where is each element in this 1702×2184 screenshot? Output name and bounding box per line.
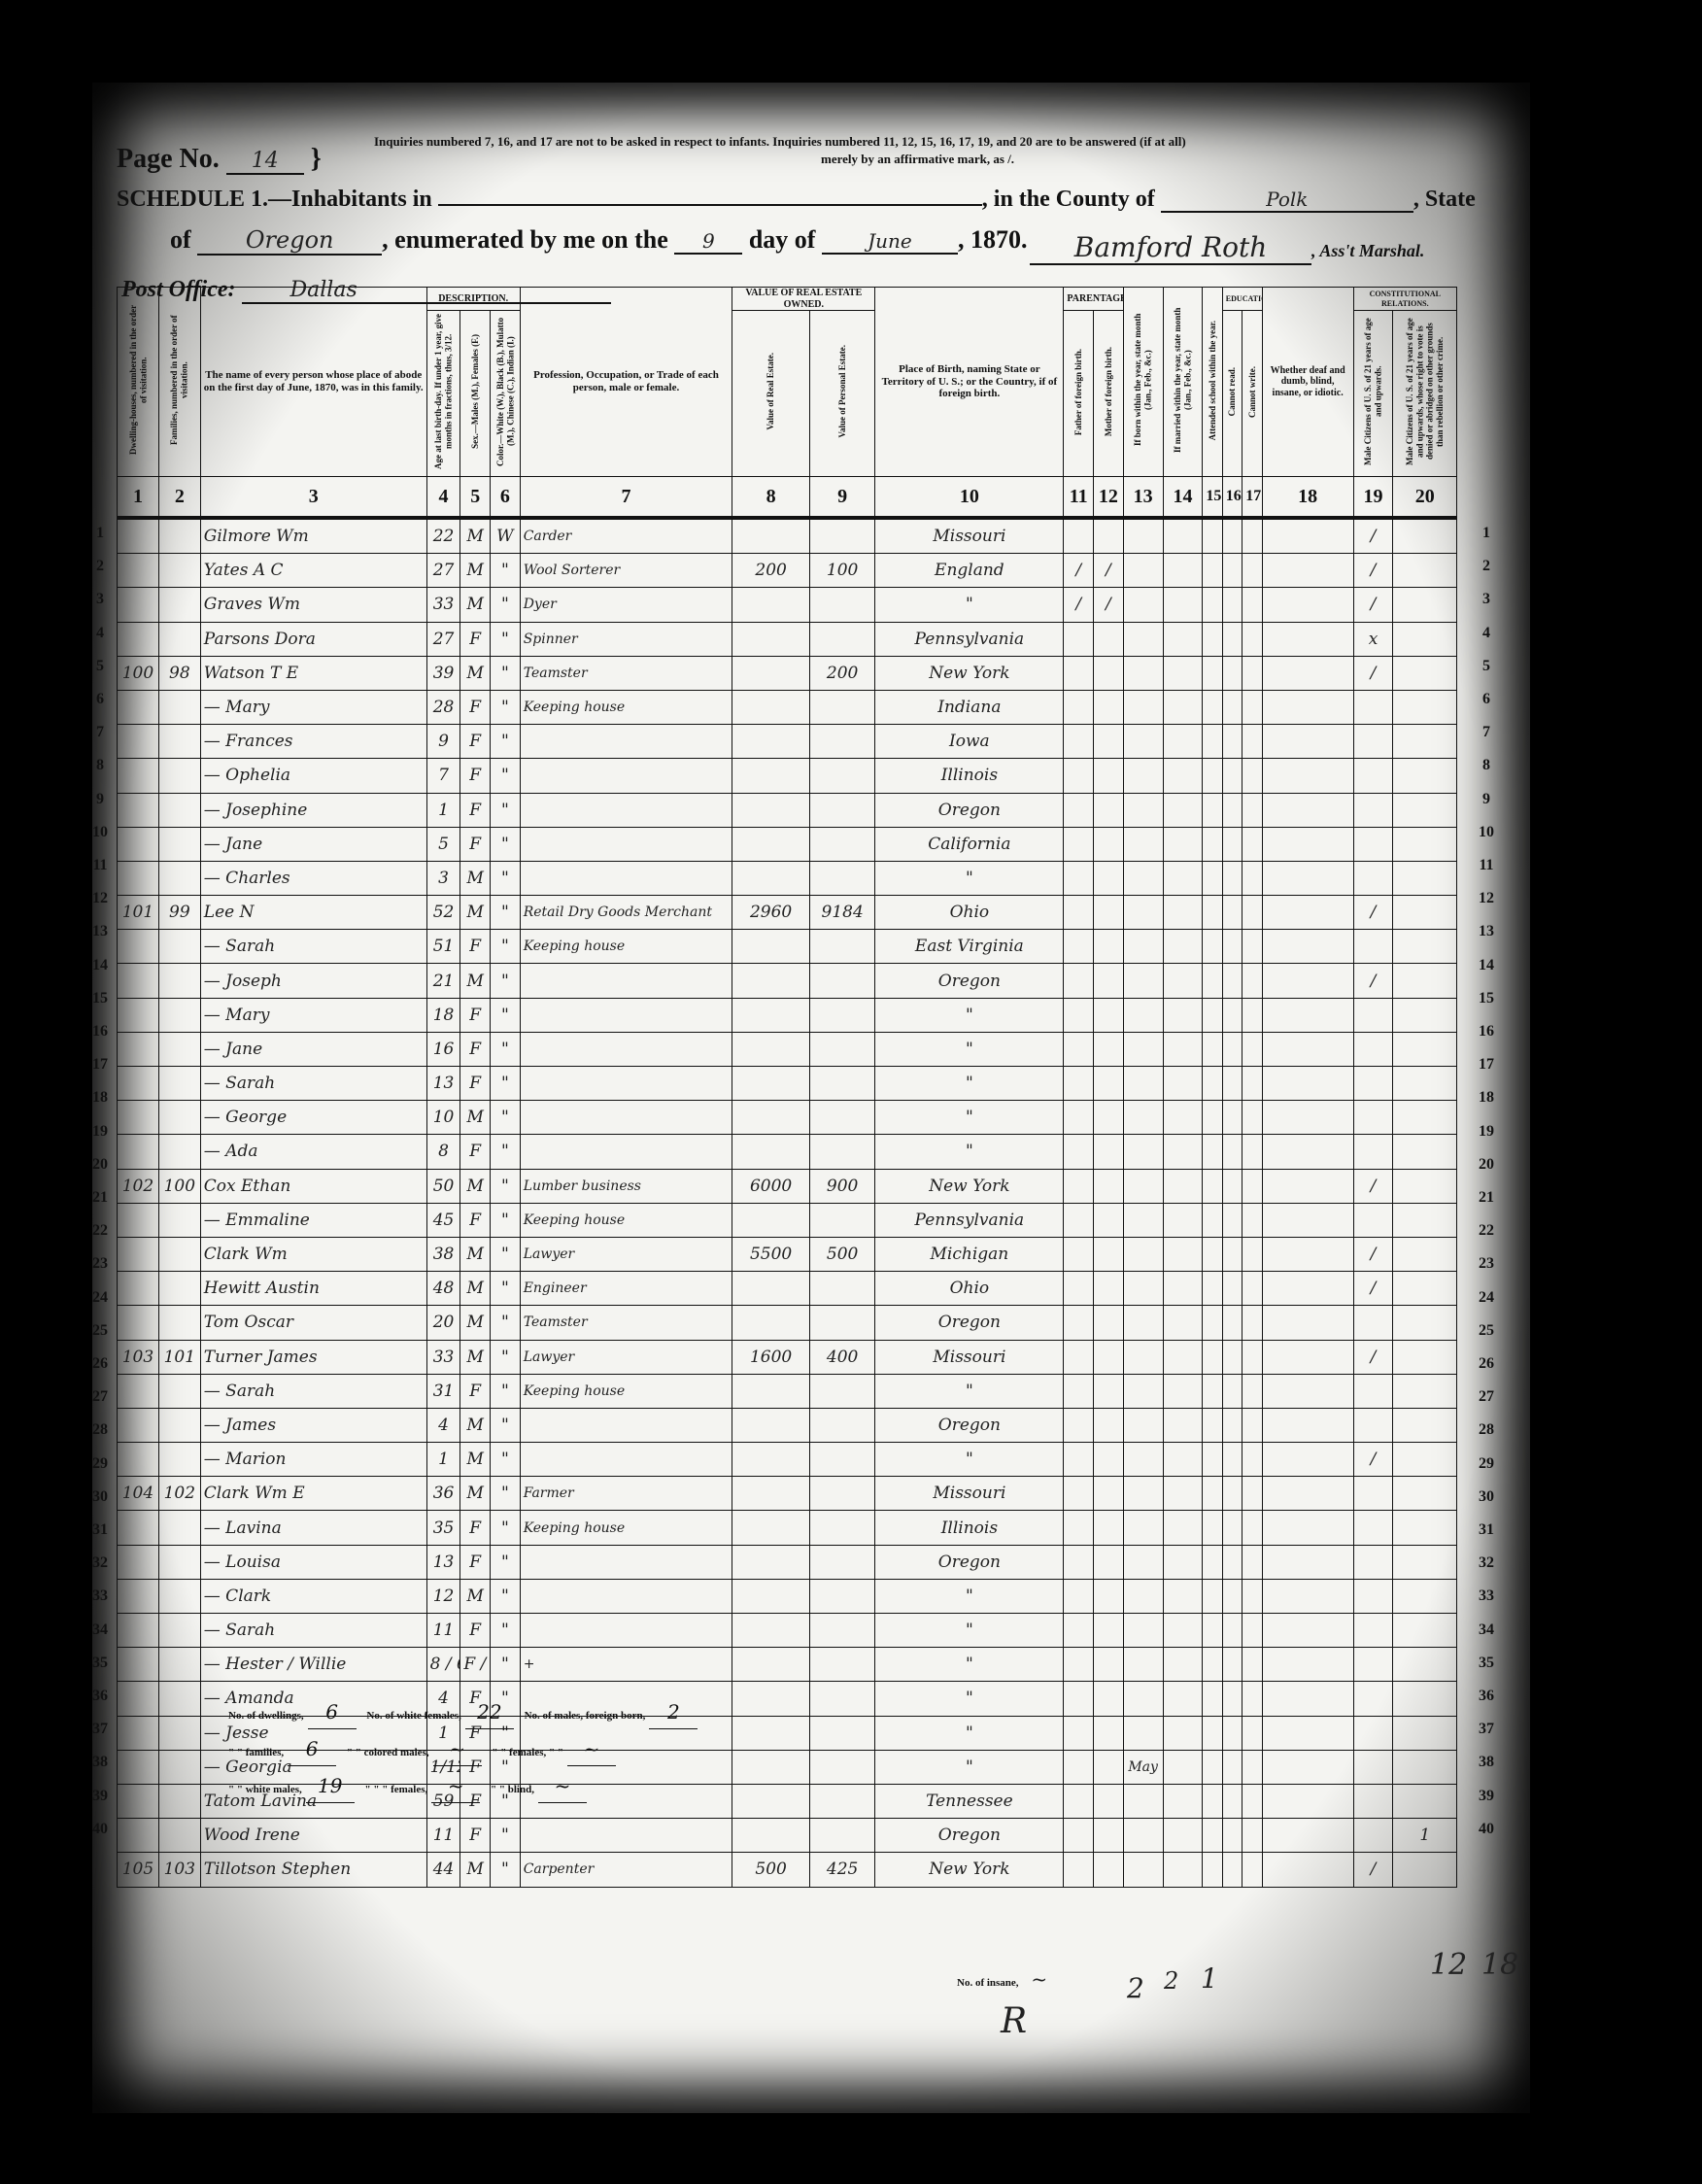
cannot-write-mark [1242, 1101, 1262, 1135]
citizen-mark [1353, 1067, 1393, 1101]
denied-mark [1393, 1408, 1457, 1442]
born-month [1123, 656, 1163, 690]
person-name: — Ada [200, 1135, 426, 1169]
person-sex: F [460, 690, 491, 724]
person-occupation [520, 1067, 732, 1101]
cannot-write-mark [1242, 1750, 1262, 1784]
dwelling-number [118, 622, 159, 656]
cannot-write-mark [1242, 930, 1262, 964]
line-number: 19 [85, 1123, 115, 1141]
line-number: 16 [1472, 1023, 1501, 1041]
white-males-count: 19 [306, 1769, 355, 1803]
line-number: 35 [85, 1655, 115, 1672]
birthplace: Missouri [875, 1340, 1064, 1374]
person-age: 45 [426, 1203, 460, 1237]
blind-label: " " blind, [491, 1784, 534, 1795]
family-number [158, 998, 200, 1032]
school-mark [1203, 1169, 1222, 1203]
citizen-mark [1353, 1203, 1393, 1237]
line-number: 40 [85, 1821, 115, 1838]
person-occupation [520, 1408, 732, 1442]
person-age: 27 [426, 622, 460, 656]
family-number [158, 1716, 200, 1750]
cannot-write-mark [1242, 1682, 1262, 1716]
denied-mark [1393, 1032, 1457, 1066]
col-number: 3 [200, 477, 426, 519]
real-estate-value [732, 1477, 810, 1511]
person-name: Tillotson Stephen [200, 1853, 426, 1887]
dwelling-number [118, 827, 159, 861]
cannot-write-mark [1242, 1784, 1262, 1818]
born-month: May [1123, 1750, 1163, 1784]
mother-foreign-mark [1094, 1067, 1124, 1101]
married-month [1163, 793, 1203, 827]
born-month [1123, 1203, 1163, 1237]
personal-estate-value [809, 518, 874, 554]
person-name: Clark Wm [200, 1237, 426, 1271]
birthplace: Tennessee [875, 1784, 1064, 1818]
born-month [1123, 1648, 1163, 1682]
born-month [1123, 1784, 1163, 1818]
disability [1262, 1614, 1353, 1648]
father-foreign-mark [1064, 1545, 1094, 1579]
mother-foreign-mark [1094, 1648, 1124, 1682]
disability [1262, 1306, 1353, 1340]
father-foreign-mark [1064, 1101, 1094, 1135]
person-sex: M [460, 518, 491, 554]
person-occupation [520, 998, 732, 1032]
personal-estate-value [809, 1408, 874, 1442]
col-born-month-header: If born within the year, state month (Ja… [1123, 288, 1163, 477]
person-color: " [491, 998, 521, 1032]
personal-estate-value: 500 [809, 1237, 874, 1271]
personal-estate-value [809, 827, 874, 861]
person-occupation [520, 793, 732, 827]
person-age: 50 [426, 1169, 460, 1203]
cannot-read-mark [1222, 1272, 1242, 1306]
dwelling-number: 103 [118, 1340, 159, 1374]
person-occupation: Farmer [520, 1477, 732, 1511]
person-age: 35 [426, 1511, 460, 1545]
person-name: — Sarah [200, 930, 426, 964]
real-estate-value [732, 1443, 810, 1477]
married-month [1163, 1374, 1203, 1408]
school-mark [1203, 554, 1222, 588]
married-month [1163, 518, 1203, 554]
birthplace: Missouri [875, 1477, 1064, 1511]
cannot-read-mark [1222, 1682, 1242, 1716]
table-row: — Mary 28 F " Keeping house Indiana [118, 690, 1457, 724]
real-estate-value [732, 861, 810, 895]
married-month [1163, 1716, 1203, 1750]
birthplace: England [875, 554, 1064, 588]
disability [1262, 1648, 1353, 1682]
dwelling-number [118, 1135, 159, 1169]
disability [1262, 1545, 1353, 1579]
table-row: — Hester / Willie 8 / 6 F / M " + " [118, 1648, 1457, 1682]
denied-mark [1393, 1067, 1457, 1101]
school-mark [1203, 896, 1222, 930]
birthplace: " [875, 1032, 1064, 1066]
real-estate-value [732, 1306, 810, 1340]
line-number: 6 [85, 691, 115, 708]
person-age: 51 [426, 930, 460, 964]
real-estate-value [732, 518, 810, 554]
cannot-write-mark [1242, 998, 1262, 1032]
line-number: 4 [85, 625, 115, 642]
person-color: " [491, 930, 521, 964]
col-sex-header: Sex.—Males (M.), Females (F.) [460, 311, 491, 477]
mother-foreign-mark [1094, 1545, 1124, 1579]
birthplace: " [875, 588, 1064, 622]
line-number: 23 [85, 1255, 115, 1273]
father-foreign-mark [1064, 690, 1094, 724]
person-color: " [491, 1579, 521, 1613]
cannot-write-mark [1242, 1716, 1262, 1750]
table-row: 100 98 Watson T E 39 M " Teamster 200 Ne… [118, 656, 1457, 690]
family-number [158, 1272, 200, 1306]
citizen-mark: / [1353, 588, 1393, 622]
married-month [1163, 1614, 1203, 1648]
school-mark [1203, 1579, 1222, 1613]
dwellings-count: 6 [308, 1695, 357, 1729]
person-occupation: Keeping house [520, 930, 732, 964]
denied-mark [1393, 1101, 1457, 1135]
father-foreign-mark [1064, 656, 1094, 690]
col-number: 7 [520, 477, 732, 519]
denied-mark [1393, 1306, 1457, 1340]
married-month [1163, 930, 1203, 964]
real-estate-value [732, 930, 810, 964]
personal-estate-value [809, 1579, 874, 1613]
father-foreign-mark [1064, 1237, 1094, 1271]
table-row: — Josephine 1 F " Oregon [118, 793, 1457, 827]
person-sex: M [460, 1477, 491, 1511]
person-color: " [491, 622, 521, 656]
denied-mark [1393, 861, 1457, 895]
mother-foreign-mark [1094, 896, 1124, 930]
birthplace: " [875, 1101, 1064, 1135]
cannot-write-mark [1242, 656, 1262, 690]
birthplace: " [875, 998, 1064, 1032]
school-mark [1203, 690, 1222, 724]
school-mark [1203, 1545, 1222, 1579]
born-month [1123, 1579, 1163, 1613]
col-school-header: Attended school within the year. [1203, 288, 1222, 477]
cannot-read-mark [1222, 1716, 1242, 1750]
table-row: Hewitt Austin 48 M " Engineer Ohio / [118, 1272, 1457, 1306]
person-sex: F [460, 1819, 491, 1853]
real-estate-value: 2960 [732, 896, 810, 930]
cannot-read-mark [1222, 1648, 1242, 1682]
married-month [1163, 725, 1203, 759]
birthplace: " [875, 1648, 1064, 1682]
married-month [1163, 998, 1203, 1032]
family-number: 103 [158, 1853, 200, 1887]
denied-mark [1393, 1716, 1457, 1750]
person-color: " [491, 554, 521, 588]
person-age: 3 [426, 861, 460, 895]
insane-count: ~ [1031, 1967, 1047, 1991]
constitutional-group-header: CONSTITUTIONAL RELATIONS. [1353, 288, 1456, 311]
denied-mark [1393, 1648, 1457, 1682]
real-estate-value: 6000 [732, 1169, 810, 1203]
citizen-mark [1353, 1750, 1393, 1784]
enumeration-line: of Oregon, enumerated by me on the 9 day… [170, 225, 1027, 256]
person-name: Yates A C [200, 554, 426, 588]
father-foreign-mark [1064, 827, 1094, 861]
cannot-read-mark [1222, 998, 1242, 1032]
school-mark [1203, 588, 1222, 622]
person-age: 33 [426, 1340, 460, 1374]
denied-mark [1393, 930, 1457, 964]
person-age: 18 [426, 998, 460, 1032]
school-mark [1203, 964, 1222, 998]
born-month [1123, 793, 1163, 827]
person-sex: M [460, 1237, 491, 1271]
born-month [1123, 1477, 1163, 1511]
family-number [158, 1135, 200, 1169]
mother-foreign-mark [1094, 1819, 1124, 1853]
cannot-write-mark [1242, 1272, 1262, 1306]
denied-mark [1393, 1477, 1457, 1511]
cannot-read-mark [1222, 1067, 1242, 1101]
line-number: 13 [85, 923, 115, 940]
person-sex: F [460, 1374, 491, 1408]
dwelling-number [118, 759, 159, 793]
birthplace: New York [875, 656, 1064, 690]
personal-estate-value [809, 622, 874, 656]
citizen-mark: / [1353, 896, 1393, 930]
person-name: Graves Wm [200, 588, 426, 622]
person-color: " [491, 1237, 521, 1271]
citizen-mark: / [1353, 518, 1393, 554]
disability [1262, 1135, 1353, 1169]
denied-mark [1393, 1272, 1457, 1306]
real-estate-value [732, 998, 810, 1032]
mother-foreign-mark [1094, 1750, 1124, 1784]
person-occupation [520, 1101, 732, 1135]
dwelling-number [118, 1682, 159, 1716]
personal-estate-value [809, 1511, 874, 1545]
mother-foreign-mark [1094, 1203, 1124, 1237]
cannot-read-mark [1222, 518, 1242, 554]
inhabitants-in-field [438, 204, 982, 206]
cannot-write-mark [1242, 588, 1262, 622]
citizen-mark [1353, 793, 1393, 827]
disability [1262, 896, 1353, 930]
disability [1262, 1272, 1353, 1306]
cannot-write-mark [1242, 518, 1262, 554]
father-foreign-mark [1064, 1408, 1094, 1442]
col-birthplace-header: Place of Birth, naming State or Territor… [875, 288, 1064, 477]
line-number: 23 [1472, 1255, 1501, 1273]
dwelling-number [118, 1374, 159, 1408]
married-month [1163, 1511, 1203, 1545]
school-mark [1203, 1716, 1222, 1750]
cannot-read-mark [1222, 725, 1242, 759]
person-sex: F [460, 998, 491, 1032]
person-sex: M [460, 1408, 491, 1442]
born-month [1123, 725, 1163, 759]
personal-estate-value [809, 1443, 874, 1477]
disability [1262, 1101, 1353, 1135]
person-age: 9 [426, 725, 460, 759]
citizen-mark [1353, 1408, 1393, 1442]
col-name-header: The name of every person whose place of … [200, 288, 426, 477]
married-month [1163, 1067, 1203, 1101]
father-foreign-mark [1064, 964, 1094, 998]
person-occupation: Lumber business [520, 1169, 732, 1203]
married-month [1163, 1032, 1203, 1066]
birthplace: Ohio [875, 896, 1064, 930]
line-number: 40 [1472, 1821, 1501, 1838]
person-sex: F [460, 930, 491, 964]
married-month [1163, 690, 1203, 724]
person-name: Cox Ethan [200, 1169, 426, 1203]
line-number: 36 [1472, 1688, 1501, 1705]
marshal-name: Bamford Roth [1030, 231, 1311, 265]
denied-mark [1393, 1579, 1457, 1613]
mother-foreign-mark [1094, 1101, 1124, 1135]
citizen-mark [1353, 861, 1393, 895]
married-month [1163, 1853, 1203, 1887]
school-mark [1203, 827, 1222, 861]
cannot-write-mark [1242, 1579, 1262, 1613]
person-sex: F [460, 1203, 491, 1237]
line-number: 14 [1472, 957, 1501, 974]
line-number: 8 [85, 757, 115, 774]
birthplace: Iowa [875, 725, 1064, 759]
citizen-mark: / [1353, 1443, 1393, 1477]
person-name: — Joseph [200, 964, 426, 998]
mother-foreign-mark [1094, 930, 1124, 964]
citizen-mark [1353, 1648, 1393, 1682]
line-number: 5 [1472, 658, 1501, 675]
cannot-read-mark [1222, 656, 1242, 690]
father-foreign-mark [1064, 725, 1094, 759]
birthplace: Ohio [875, 1272, 1064, 1306]
dwelling-number: 102 [118, 1169, 159, 1203]
cannot-read-mark [1222, 1750, 1242, 1784]
page-number: 14 [226, 149, 304, 175]
birthplace: Oregon [875, 964, 1064, 998]
born-month [1123, 759, 1163, 793]
person-color: " [491, 1340, 521, 1374]
father-foreign-mark [1064, 1614, 1094, 1648]
married-month [1163, 1443, 1203, 1477]
line-number: 9 [85, 791, 115, 808]
line-number: 8 [1472, 757, 1501, 774]
col-citizen-header: Male Citizens of U. S. of 21 years of ag… [1353, 311, 1393, 477]
table-row: — Marion 1 M " " / [118, 1443, 1457, 1477]
family-number [158, 1579, 200, 1613]
cannot-read-mark [1222, 1443, 1242, 1477]
line-number: 32 [1472, 1554, 1501, 1572]
mother-foreign-mark [1094, 1272, 1124, 1306]
cannot-write-mark [1242, 964, 1262, 998]
school-mark [1203, 1853, 1222, 1887]
real-estate-value [732, 690, 810, 724]
person-occupation: Lawyer [520, 1340, 732, 1374]
person-age: 48 [426, 1272, 460, 1306]
real-estate-value: 200 [732, 554, 810, 588]
col11-total: 2 [1127, 1972, 1144, 2004]
line-number: 1 [85, 525, 115, 542]
table-row: — Sarah 13 F " " [118, 1067, 1457, 1101]
person-sex: F [460, 1067, 491, 1101]
table-row: — Jane 16 F " " [118, 1032, 1457, 1066]
citizen-mark [1353, 1477, 1393, 1511]
person-sex: F [460, 622, 491, 656]
line-number: 30 [85, 1488, 115, 1506]
family-number: 100 [158, 1169, 200, 1203]
dwelling-number [118, 1614, 159, 1648]
person-sex: M [460, 1101, 491, 1135]
line-number: 14 [85, 957, 115, 974]
family-number [158, 1614, 200, 1648]
married-month [1163, 1169, 1203, 1203]
colored-females-label: " " " females, [365, 1784, 428, 1795]
dwellings-label: No. of dwellings, [228, 1710, 304, 1722]
person-age: 22 [426, 518, 460, 554]
family-number [158, 1750, 200, 1784]
dwelling-number [118, 690, 159, 724]
person-name: — Mary [200, 690, 426, 724]
denied-mark [1393, 690, 1457, 724]
person-name: Watson T E [200, 656, 426, 690]
line-number: 16 [85, 1023, 115, 1041]
line-number: 6 [1472, 691, 1501, 708]
birthplace: Illinois [875, 1511, 1064, 1545]
disability [1262, 1477, 1353, 1511]
person-name: — James [200, 1408, 426, 1442]
line-number: 18 [1472, 1089, 1501, 1107]
person-age: 28 [426, 690, 460, 724]
families-label: " " families, [228, 1747, 284, 1758]
mother-foreign-mark [1094, 1614, 1124, 1648]
person-name: Hewitt Austin [200, 1272, 426, 1306]
person-color: " [491, 1032, 521, 1066]
person-color: " [491, 1101, 521, 1135]
real-estate-value [732, 793, 810, 827]
person-occupation: Wool Sorterer [520, 554, 732, 588]
cannot-read-mark [1222, 827, 1242, 861]
disability [1262, 1067, 1353, 1101]
person-color: " [491, 759, 521, 793]
person-color: " [491, 1477, 521, 1511]
school-mark [1203, 1237, 1222, 1271]
col12-total: 2 [1164, 1967, 1178, 1995]
family-number [158, 554, 200, 588]
birthplace: Missouri [875, 518, 1064, 554]
person-name: — Josephine [200, 793, 426, 827]
denied-mark [1393, 1511, 1457, 1545]
person-name: — Emmaline [200, 1203, 426, 1237]
father-foreign-mark: / [1064, 554, 1094, 588]
born-month [1123, 1545, 1163, 1579]
denied-mark [1393, 518, 1457, 554]
family-number [158, 827, 200, 861]
table-row: — Lavina 35 F " Keeping house Illinois [118, 1511, 1457, 1545]
father-foreign-mark [1064, 622, 1094, 656]
married-month [1163, 1340, 1203, 1374]
col-number: 11 [1064, 477, 1094, 519]
mother-foreign-mark: / [1094, 554, 1124, 588]
families-count: 6 [288, 1732, 336, 1766]
line-number: 7 [1472, 724, 1501, 741]
table-row: — Ada 8 F " " [118, 1135, 1457, 1169]
